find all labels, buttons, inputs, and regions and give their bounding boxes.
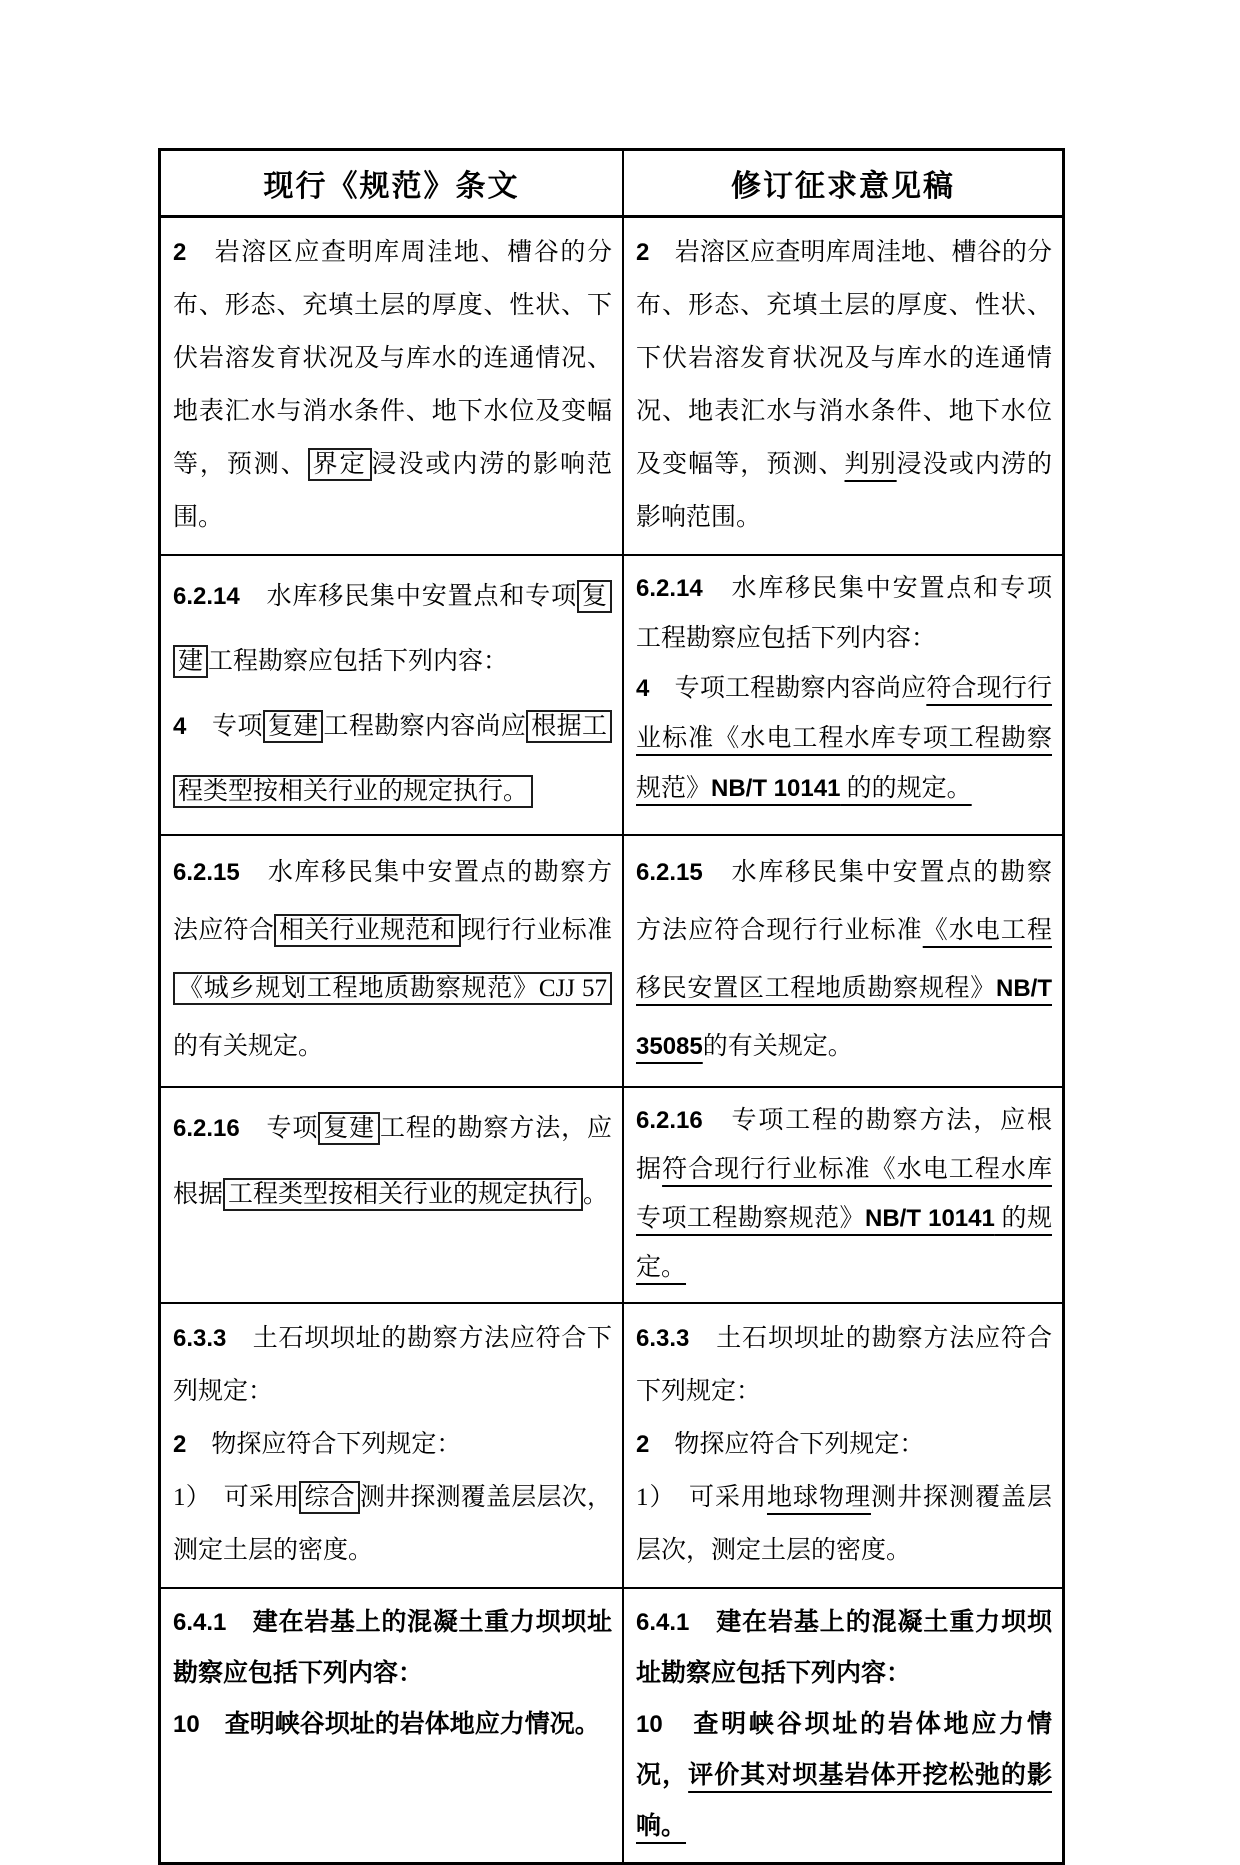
clause-paragraph: 4 专项复建工程勘察内容尚应根据工程类型按相关行业的规定执行。 [173, 694, 612, 824]
text-segment: 6.4.1 [636, 1609, 689, 1636]
clause-paragraph: 6.2.16 专项复建工程的勘察方法，应根据工程类型按相关行业的规定执行。 [173, 1096, 612, 1228]
table-cell-right: 6.3.3 土石坝坝址的勘察方法应符合下列规定：2 物探应符合下列规定：1） 可… [624, 1304, 1062, 1587]
text-segment: 水库移民集中安置点和专项 [240, 583, 577, 610]
clause-paragraph: 2 岩溶区应查明库周洼地、槽谷的分布、形态、充填土层的厚度、性状、下伏岩溶发育状… [636, 226, 1052, 544]
text-segment: 的有关规定。 [173, 1033, 323, 1060]
text-segment: 地球物理 [767, 1484, 871, 1511]
text-segment: 4 [173, 713, 186, 740]
text-segment: 工程勘察内容尚应 [323, 713, 526, 740]
text-segment: 的的规定。 [840, 775, 971, 802]
text-segment: 工程类型按相关行业的规定执行 [223, 1178, 583, 1211]
text-segment: 界定 [308, 448, 372, 481]
clause-paragraph: 10 查明峡谷坝址的岩体地应力情况，评价其对坝基岩体开挖松弛的影响。 [636, 1699, 1052, 1852]
text-segment: 复建 [318, 1112, 380, 1145]
text-segment: 6.4.1 [173, 1609, 226, 1636]
clause-paragraph: 6.2.15 水库移民集中安置点的勘察方法应符合相关行业规范和现行行业标准《城乡… [173, 844, 612, 1076]
table-row: 6.2.15 水库移民集中安置点的勘察方法应符合相关行业规范和现行行业标准《城乡… [161, 836, 1062, 1088]
table-cell-right: 6.2.16 专项工程的勘察方法，应根据符合现行行业标准《水电工程水库专项工程勘… [624, 1088, 1062, 1302]
text-segment: 2 [636, 1431, 649, 1458]
text-segment: 1） 可采用 [636, 1484, 767, 1511]
text-segment: 6.2.16 [173, 1115, 240, 1142]
header-current-column: 现行《规范》条文 [161, 151, 624, 215]
text-segment: 评价其对坝基岩体开挖松弛的影响。 [636, 1762, 1052, 1840]
table-cell-right: 6.2.15 水库移民集中安置点的勘察方法应符合现行行业标准《水电工程移民安置区… [624, 836, 1062, 1086]
text-segment: 工程的勘察方法，应 [380, 1115, 612, 1142]
text-segment: 专项 [186, 713, 262, 740]
text-segment: 1） 可采用 [173, 1484, 299, 1511]
text-segment: 6.2.15 [636, 859, 703, 886]
clause-paragraph: 6.2.14 水库移民集中安置点和专项工程勘察应包括下列内容： [636, 564, 1052, 664]
table-cell-left: 6.2.16 专项复建工程的勘察方法，应根据工程类型按相关行业的规定执行。 [161, 1088, 624, 1302]
text-segment: 6.2.14 [636, 575, 703, 602]
table-cell-left: 6.3.3 土石坝坝址的勘察方法应符合下列规定：2 物探应符合下列规定：1） 可… [161, 1304, 624, 1587]
text-segment: 《城乡规划工程地质勘察规范》CJJ 57 [173, 972, 612, 1005]
clause-paragraph: 6.2.14 水库移民集中安置点和专项复建工程勘察应包括下列内容： [173, 564, 612, 694]
clause-paragraph: 1） 可采用综合测井探测覆盖层层次，测定土层的密度。 [173, 1471, 612, 1577]
clause-paragraph: 2 岩溶区应查明库周洼地、槽谷的分布、形态、充填土层的厚度、性状、下伏岩溶发育状… [173, 226, 612, 544]
clause-paragraph: 6.3.3 土石坝坝址的勘察方法应符合下列规定： [173, 1312, 612, 1418]
table-row: 6.3.3 土石坝坝址的勘察方法应符合下列规定：2 物探应符合下列规定：1） 可… [161, 1304, 1062, 1589]
table-row: 6.2.16 专项复建工程的勘察方法，应根据工程类型按相关行业的规定执行。6.2… [161, 1088, 1062, 1304]
text-segment: 建在岩基上的混凝土重力坝坝址勘察应包括下列内容： [173, 1609, 612, 1687]
text-segment: 根据 [173, 1181, 223, 1208]
text-segment: 6.2.16 [636, 1107, 703, 1134]
clause-paragraph: 6.4.1 建在岩基上的混凝土重力坝坝址勘察应包括下列内容： [173, 1597, 612, 1699]
text-segment: 建在岩基上的混凝土重力坝坝址勘察应包括下列内容： [636, 1609, 1052, 1687]
text-segment: 10 [173, 1711, 200, 1738]
text-segment: 综合 [299, 1481, 359, 1514]
table-cell-left: 6.2.15 水库移民集中安置点的勘察方法应符合相关行业规范和现行行业标准《城乡… [161, 836, 624, 1086]
text-segment: 相关行业规范和 [274, 914, 461, 947]
clause-paragraph: 1） 可采用地球物理测井探测覆盖层层次，测定土层的密度。 [636, 1471, 1052, 1577]
text-segment: 2 [173, 1431, 186, 1458]
clause-paragraph: 10 查明峡谷坝址的岩体地应力情况。 [173, 1699, 612, 1750]
text-segment: 查明峡谷坝址的岩体地应力情况。 [200, 1711, 600, 1738]
text-segment: 复建 [263, 710, 324, 743]
text-segment: 6.2.14 [173, 583, 240, 610]
table-cell-right: 2 岩溶区应查明库周洼地、槽谷的分布、形态、充填土层的厚度、性状、下伏岩溶发育状… [624, 218, 1062, 554]
comparison-table: 现行《规范》条文 修订征求意见稿 2 岩溶区应查明库周洼地、槽谷的分布、形态、充… [158, 148, 1065, 1865]
text-segment: NB/T 10141 [711, 775, 840, 802]
page: { "table": { "header": { "left": "现行《规范》… [0, 0, 1240, 1753]
header-revision-column: 修订征求意见稿 [624, 151, 1062, 215]
table-cell-left: 6.4.1 建在岩基上的混凝土重力坝坝址勘察应包括下列内容：10 查明峡谷坝址的… [161, 1589, 624, 1862]
text-segment: 岩溶区应查明库周洼地、槽谷的分布、形态、充填土层的厚度、性状、下伏岩溶发育状况及… [173, 239, 612, 478]
text-segment: NB/T 10141 [865, 1205, 995, 1232]
text-segment: 6.2.15 [173, 859, 240, 886]
text-segment: 6.3.3 [173, 1325, 226, 1352]
table-row: 6.2.14 水库移民集中安置点和专项复建工程勘察应包括下列内容：4 专项复建工… [161, 556, 1062, 836]
table-header-row: 现行《规范》条文 修订征求意见稿 [161, 151, 1062, 218]
table-cell-left: 2 岩溶区应查明库周洼地、槽谷的分布、形态、充填土层的厚度、性状、下伏岩溶发育状… [161, 218, 624, 554]
table-cell-right: 6.4.1 建在岩基上的混凝土重力坝坝址勘察应包括下列内容：10 查明峡谷坝址的… [624, 1589, 1062, 1862]
clause-paragraph: 2 物探应符合下列规定： [173, 1418, 612, 1471]
text-segment: 4 [636, 675, 649, 702]
text-segment: 工程勘察应包括下列内容： [208, 648, 508, 675]
table-row: 6.4.1 建在岩基上的混凝土重力坝坝址勘察应包括下列内容：10 查明峡谷坝址的… [161, 1589, 1062, 1862]
table-cell-left: 6.2.14 水库移民集中安置点和专项复建工程勘察应包括下列内容：4 专项复建工… [161, 556, 624, 834]
text-segment: 的有关规定。 [703, 1033, 853, 1060]
text-segment: 。 [583, 1181, 608, 1208]
text-segment: 物探应符合下列规定： [186, 1431, 461, 1458]
text-segment: 2 [173, 239, 186, 266]
text-segment: 判别 [845, 451, 897, 478]
clause-paragraph: 6.2.15 水库移民集中安置点的勘察方法应符合现行行业标准《水电工程移民安置区… [636, 844, 1052, 1076]
text-segment: 10 [636, 1711, 663, 1738]
clause-paragraph: 6.4.1 建在岩基上的混凝土重力坝坝址勘察应包括下列内容： [636, 1597, 1052, 1699]
text-segment: 土石坝坝址的勘察方法应符合下列规定： [173, 1325, 612, 1405]
table-cell-right: 6.2.14 水库移民集中安置点和专项工程勘察应包括下列内容：4 专项工程勘察内… [624, 556, 1062, 834]
table-row: 2 岩溶区应查明库周洼地、槽谷的分布、形态、充填土层的厚度、性状、下伏岩溶发育状… [161, 218, 1062, 556]
text-segment: 专项 [240, 1115, 319, 1142]
text-segment: 专项工程勘察内容尚应 [649, 675, 926, 702]
text-segment: 6.3.3 [636, 1325, 689, 1352]
clause-paragraph: 4 专项工程勘察内容尚应符合现行行业标准《水电工程水库专项工程勘察规范》NB/T… [636, 664, 1052, 814]
text-segment: 现行行业标准 [461, 917, 612, 944]
text-segment: 岩溶区应查明库周洼地、槽谷的分布、形态、充填土层的厚度、性状、下伏岩溶发育状况及… [636, 239, 1052, 478]
text-segment: 2 [636, 239, 649, 266]
text-segment: 土石坝坝址的勘察方法应符合下列规定： [636, 1325, 1052, 1405]
clause-paragraph: 2 物探应符合下列规定： [636, 1418, 1052, 1471]
text-segment: 物探应符合下列规定： [649, 1431, 924, 1458]
clause-paragraph: 6.3.3 土石坝坝址的勘察方法应符合下列规定： [636, 1312, 1052, 1418]
clause-paragraph: 6.2.16 专项工程的勘察方法，应根据符合现行行业标准《水电工程水库专项工程勘… [636, 1096, 1052, 1292]
comparison-table-body: 2 岩溶区应查明库周洼地、槽谷的分布、形态、充填土层的厚度、性状、下伏岩溶发育状… [161, 218, 1062, 1862]
